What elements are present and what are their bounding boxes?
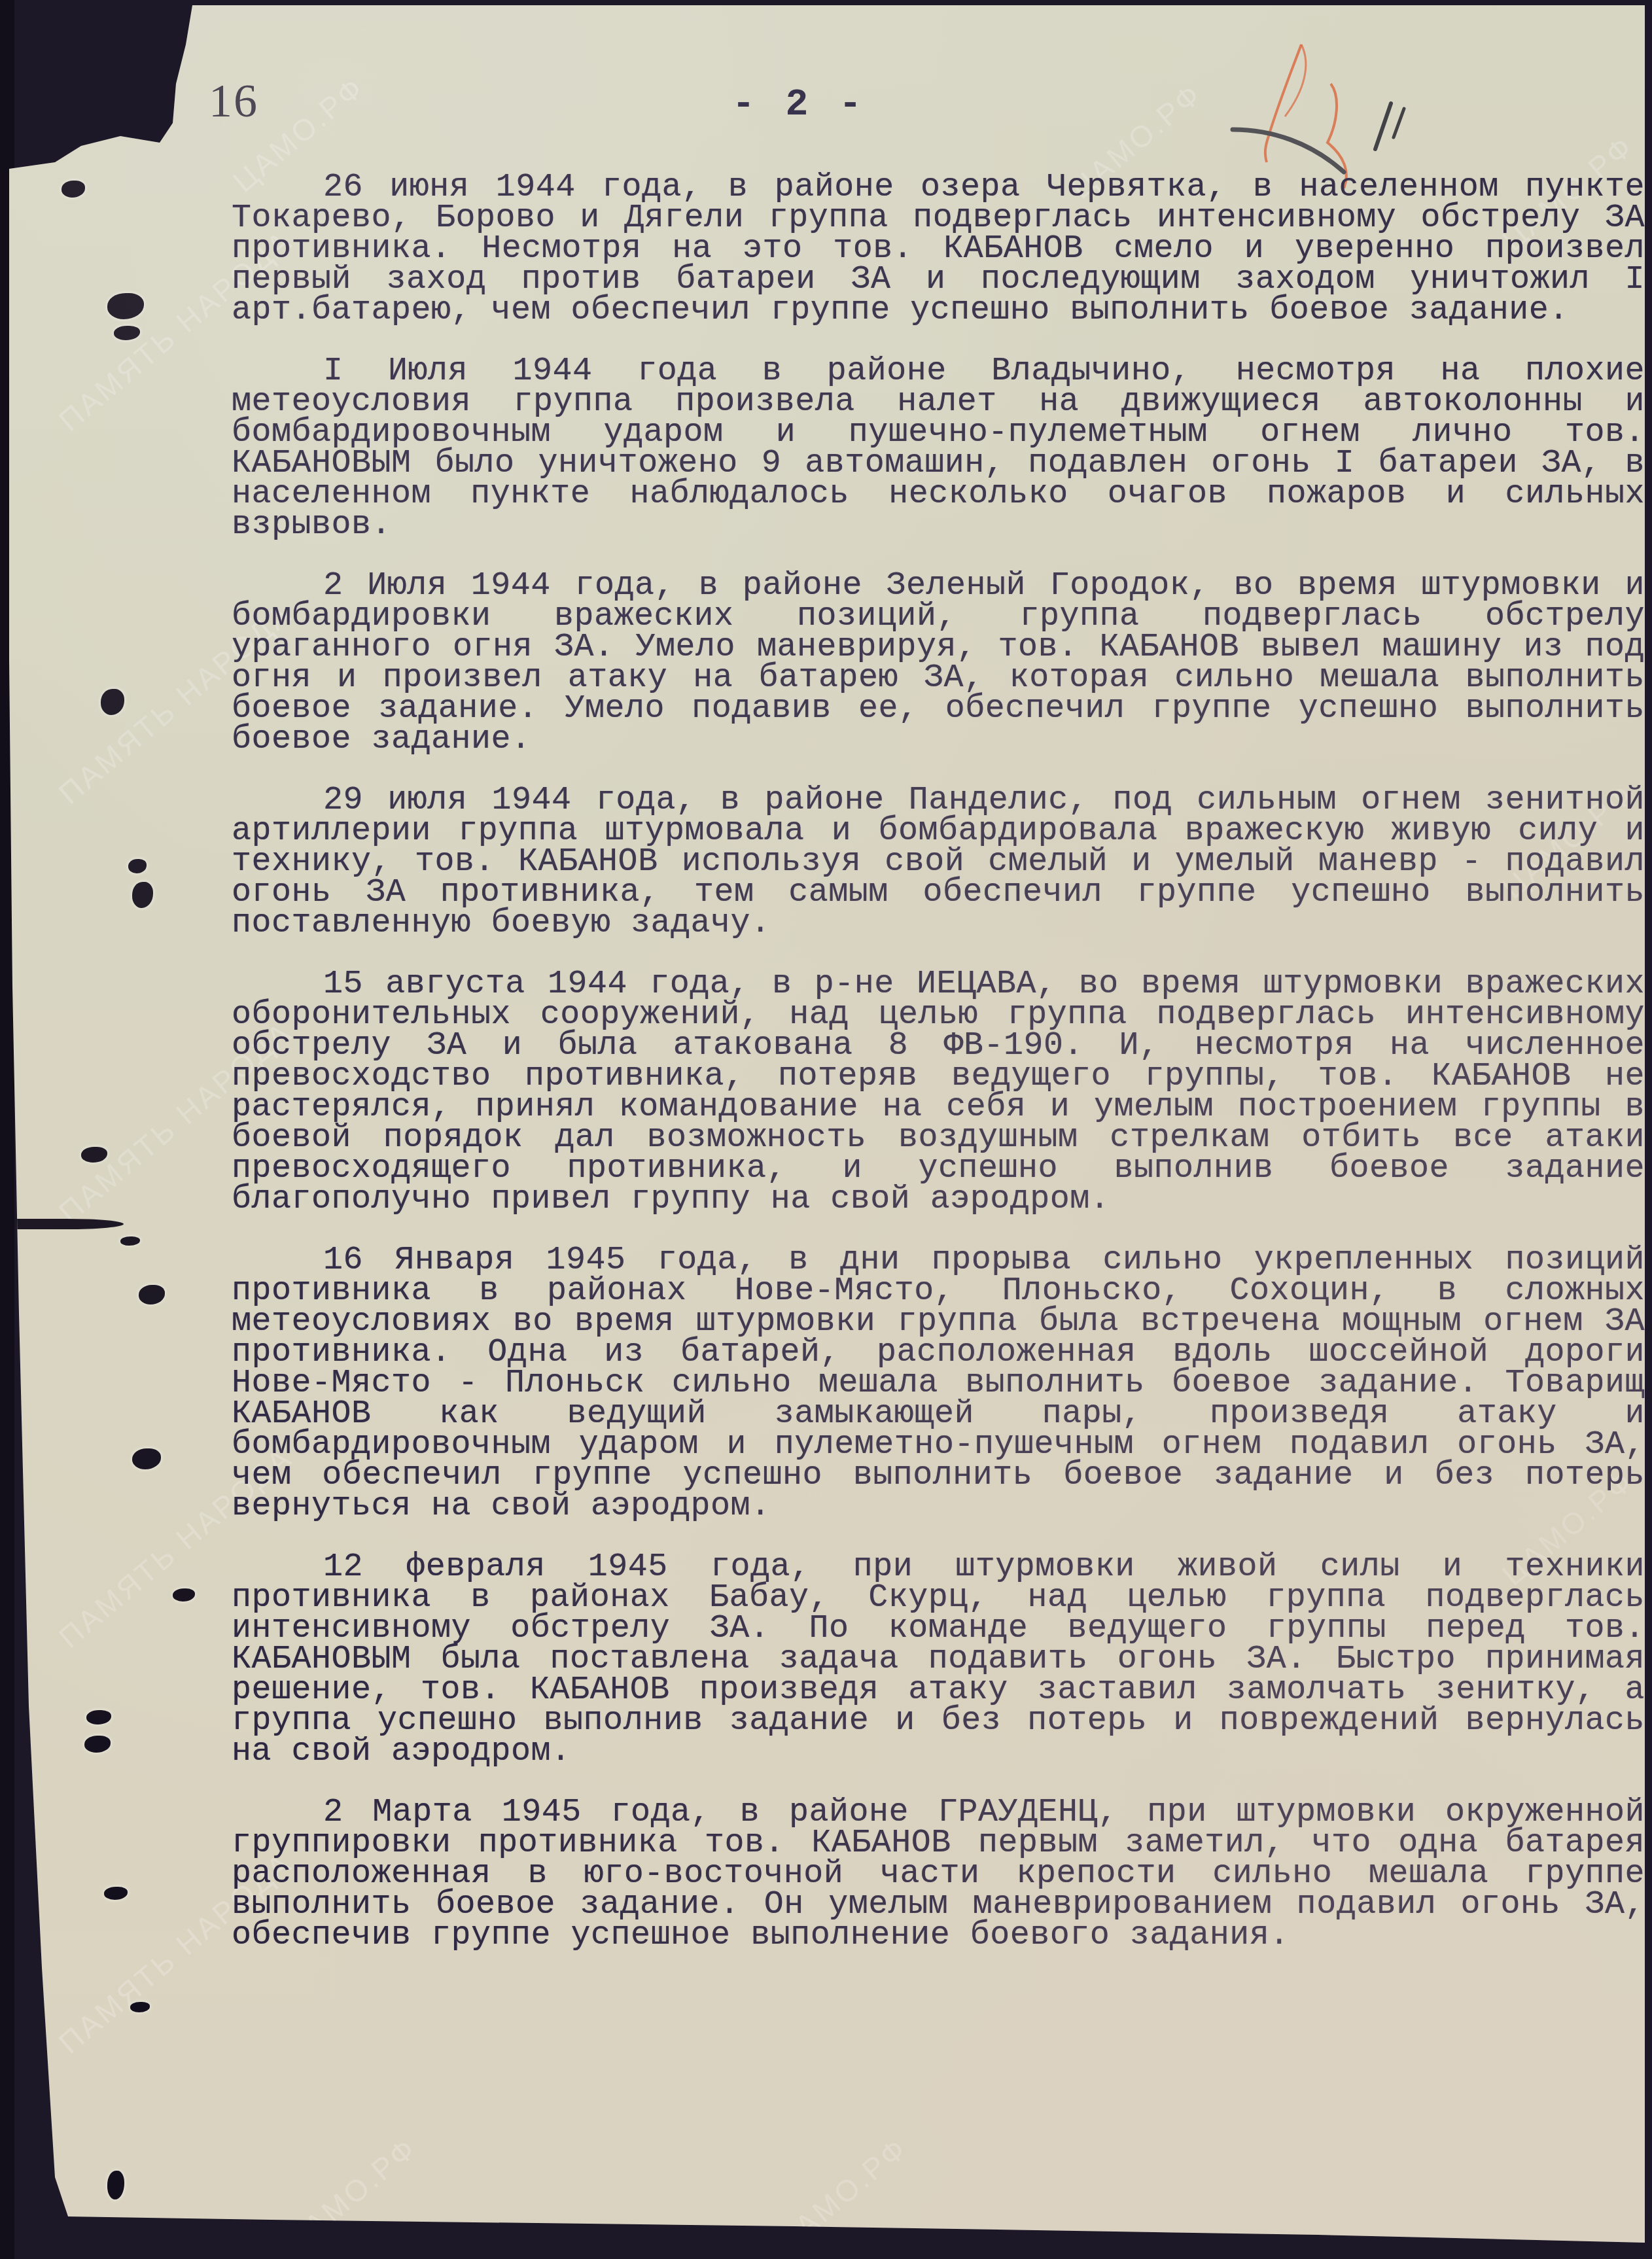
watermark: ЦАМО.РФ	[278, 2130, 423, 2259]
punch-hole-icon	[120, 1236, 140, 1246]
punch-hole-icon	[173, 1588, 195, 1602]
paragraph-1944-07-29: 29 июля 1944 года, в районе Панделис, по…	[232, 785, 1645, 939]
paragraph-1944-07-02: 2 Июля 1944 года, в районе Зеленый Город…	[232, 570, 1645, 755]
punch-hole-icon	[104, 1887, 128, 1900]
punch-hole-icon	[81, 1147, 107, 1163]
punch-hole-icon	[132, 1448, 161, 1469]
paragraph-1944-06-26: 26 июня 1944 года, в районе озера Червят…	[232, 172, 1645, 326]
page-header-number: - 2 -	[732, 84, 866, 126]
watermark: ЦАМО.РФ	[769, 2130, 914, 2259]
punch-hole-icon	[101, 689, 124, 715]
paper-tear	[9, 1219, 124, 1229]
punch-hole-icon	[139, 1285, 165, 1305]
paragraph-1944-08-15: 15 августа 1944 года, в р-не ИЕЦАВА, во …	[232, 969, 1645, 1215]
punch-hole-icon	[107, 2171, 124, 2199]
punch-hole-icon	[86, 1710, 111, 1725]
document-page: ЦАМО.РФ ЦАМО.РФ ЦАМО.РФ ПАМЯТЬ НАРОДА ПА…	[9, 5, 1645, 2243]
punch-hole-icon	[84, 1736, 111, 1753]
paragraph-1945-03-02: 2 Марта 1945 года, в районе ГРАУДЕНЦ, пр…	[232, 1797, 1645, 1951]
punch-hole-icon	[107, 293, 144, 319]
paragraph-1944-07-01: I Июля 1944 года в районе Владычино, нес…	[232, 356, 1645, 540]
punch-hole-icon	[128, 859, 147, 873]
paragraph-1945-01-16: 16 Января 1945 года, в дни прорыва сильн…	[232, 1245, 1645, 1522]
punch-hole-icon	[130, 2002, 150, 2012]
document-body: 26 июня 1944 года, в районе озера Червят…	[232, 172, 1645, 1981]
punch-hole-icon	[114, 326, 140, 340]
archive-page-number: 16	[209, 74, 258, 128]
handwritten-marks-icon	[1213, 31, 1475, 188]
paragraph-1945-02-12: 12 февраля 1945 года, при штурмовки живо…	[232, 1552, 1645, 1767]
punch-hole-icon	[62, 181, 85, 198]
punch-hole-icon	[132, 882, 153, 908]
